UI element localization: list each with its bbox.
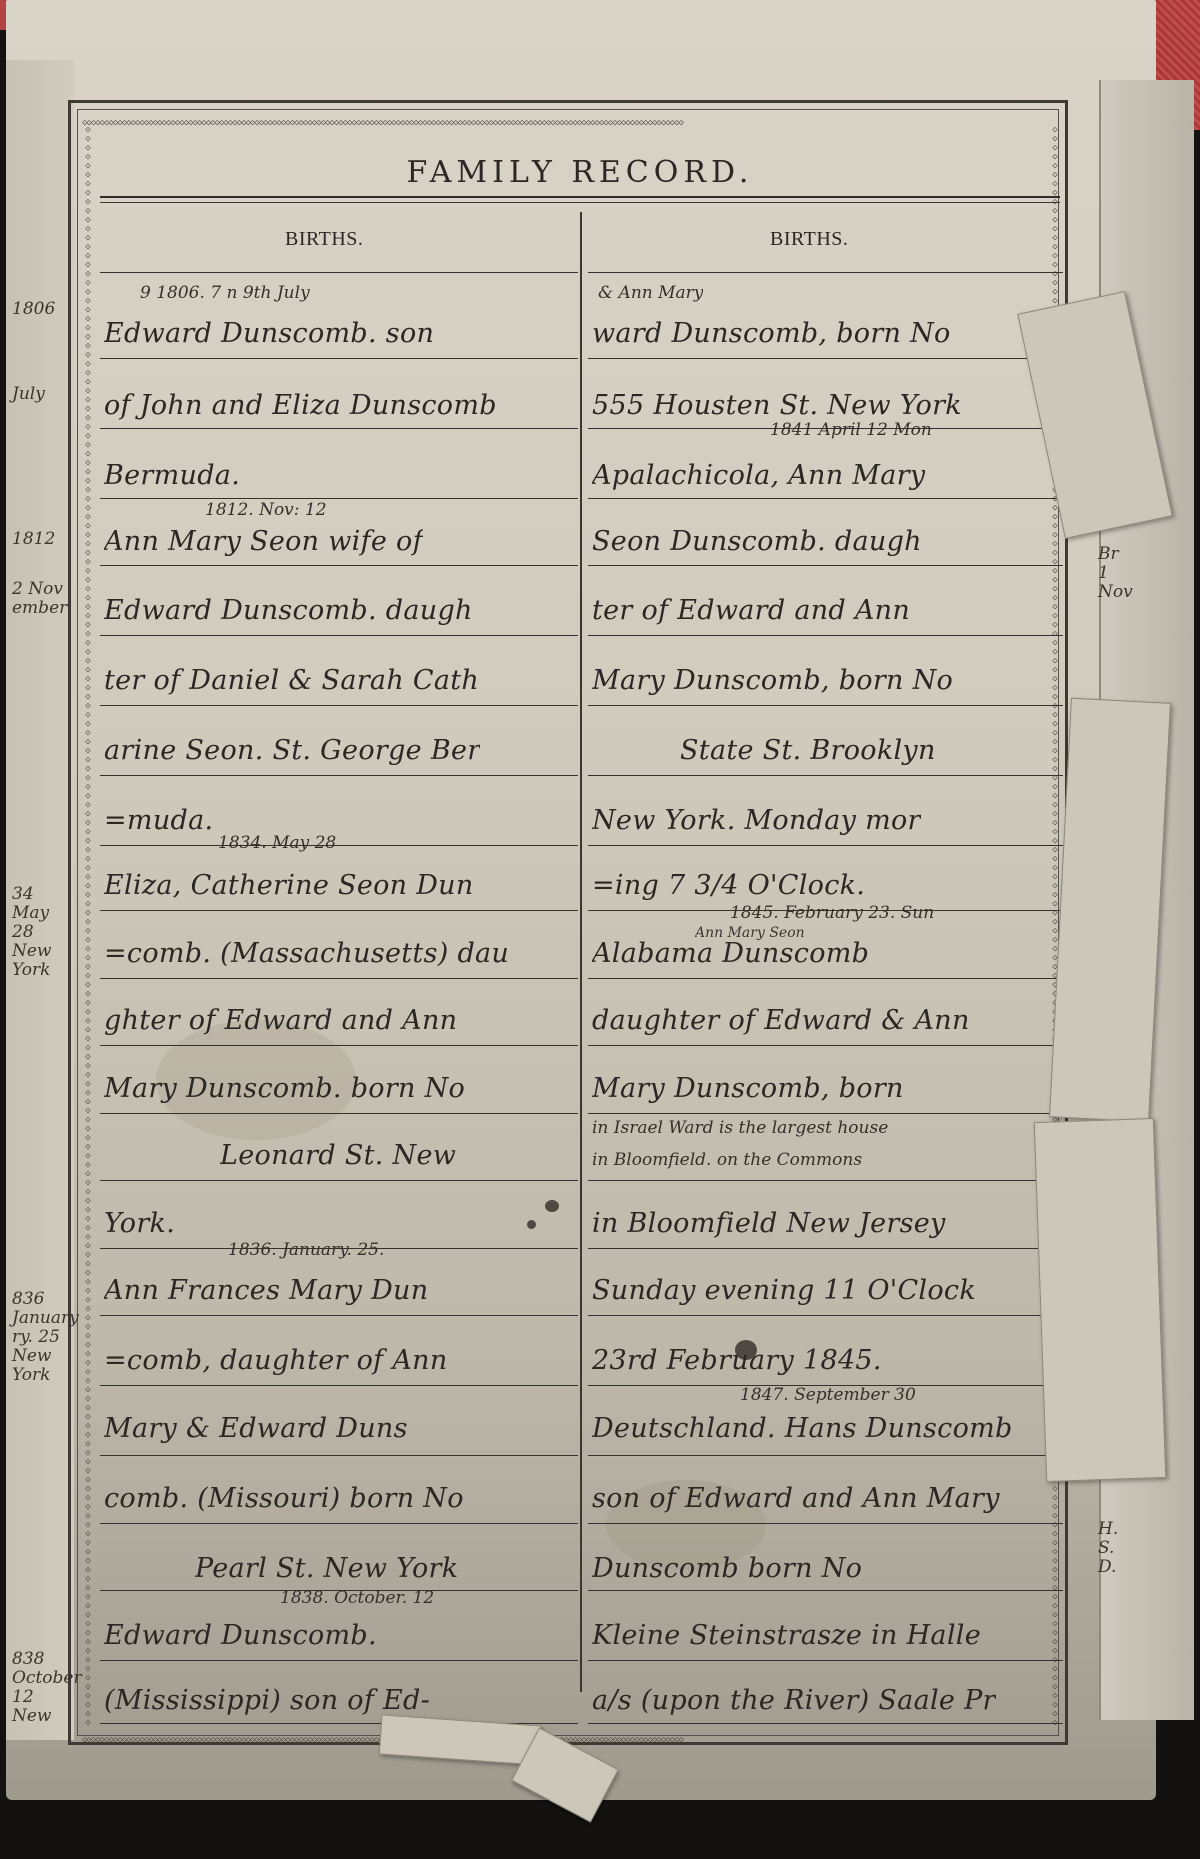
chain-border-left: ◇◇◇◇◇◇◇◇◇◇◇◇◇◇◇◇◇◇◇◇◇◇◇◇◇◇◇◇◇◇◇◇◇◇◇◇◇◇◇◇…	[83, 125, 93, 1725]
handwritten-entry-line: Mary Dunscomb, born No	[592, 665, 953, 696]
ruled-line	[588, 775, 1063, 776]
handwritten-date-note: 9 1806. 7 n 9th July	[140, 283, 310, 303]
ruled-line	[100, 1113, 578, 1114]
handwritten-entry-line: New York. Monday mor	[592, 805, 921, 836]
ruled-line	[588, 565, 1063, 566]
handwritten-entry-line: in Bloomfield New Jersey	[592, 1208, 946, 1239]
handwritten-entry-line: Alabama Dunscomb	[592, 938, 869, 969]
handwritten-entry-line: Bermuda.	[104, 460, 240, 491]
ink-blot	[527, 1220, 536, 1229]
handwritten-entry-line: 555 Housten St. New York	[592, 390, 962, 421]
ruled-line	[100, 498, 578, 499]
handwritten-entry-line: arine Seon. St. George Ber	[104, 735, 480, 766]
margin-annotation: 1812	[12, 530, 55, 549]
torn-page-fragment	[1034, 1118, 1166, 1482]
handwritten-entry-line: =muda.	[104, 805, 213, 836]
ink-blot	[735, 1340, 757, 1360]
ruled-line	[588, 705, 1063, 706]
ruled-line	[100, 1660, 578, 1661]
handwritten-date-note: 1838. October. 12	[280, 1588, 434, 1608]
page-title: FAMILY RECORD.	[100, 155, 1060, 190]
handwritten-entry-line: of John and Eliza Dunscomb	[104, 390, 497, 421]
handwritten-entry-line: =comb. (Massachusetts) dau	[104, 938, 509, 969]
margin-annotation: 836 January ry. 25 New York	[12, 1290, 79, 1385]
handwritten-entry-line: Mary Dunscomb. born No	[104, 1073, 465, 1104]
ruled-line	[588, 1455, 1063, 1456]
ruled-line	[588, 1045, 1063, 1046]
handwritten-entry-line: ter of Edward and Ann	[592, 595, 910, 626]
ruled-line	[588, 1660, 1063, 1661]
handwritten-entry-line: Edward Dunscomb. son	[104, 318, 434, 349]
handwritten-entry-line: Ann Frances Mary Dun	[104, 1275, 428, 1306]
ruled-line	[100, 978, 578, 979]
ruled-line	[588, 1590, 1063, 1591]
ruled-line	[100, 565, 578, 566]
handwritten-entry-line: Sunday evening 11 O'Clock	[592, 1275, 976, 1306]
ruled-line	[588, 272, 1063, 273]
title-rule	[100, 196, 1060, 198]
margin-annotation: 34 May 28 New York	[12, 885, 52, 980]
ruled-line	[588, 498, 1063, 499]
handwritten-date-note: & Ann Mary	[598, 283, 703, 303]
handwritten-entry-line: son of Edward and Ann Mary	[592, 1483, 1000, 1514]
ruled-line	[100, 1455, 578, 1456]
handwritten-entry-line: comb. (Missouri) born No	[104, 1483, 464, 1514]
handwritten-entry-line: Kleine Steinstrasze in Halle	[592, 1620, 981, 1651]
handwritten-entry-line: Eliza, Catherine Seon Dun	[104, 870, 474, 901]
handwritten-entry-line: Deutschland. Hans Dunscomb	[592, 1413, 1013, 1444]
handwritten-entry-line: a/s (upon the River) Saale Pr	[592, 1685, 996, 1716]
handwritten-entry-line: ward Dunscomb, born No	[592, 318, 951, 349]
handwritten-entry-line: Dunscomb born No	[592, 1553, 862, 1584]
ruled-line	[100, 358, 578, 359]
ruled-line	[100, 635, 578, 636]
handwritten-date-note: in Bloomfield. on the Commons	[592, 1150, 862, 1170]
births-header-right: BIRTHS.	[770, 228, 848, 251]
handwritten-date-note: in Israel Ward is the largest house	[592, 1118, 888, 1138]
handwritten-entry-line: Mary & Edward Duns	[104, 1413, 408, 1444]
ruled-line	[588, 635, 1063, 636]
ruled-line	[100, 1045, 578, 1046]
handwritten-entry-line: ter of Daniel & Sarah Cath	[104, 665, 479, 696]
ruled-line	[100, 910, 578, 911]
ruled-line	[100, 272, 578, 273]
handwritten-entry-line: York.	[104, 1208, 175, 1239]
ruled-line	[588, 1315, 1063, 1316]
handwritten-date-note: 1847. September 30	[740, 1385, 916, 1405]
handwritten-date-note: 1834. May 28	[218, 833, 336, 853]
handwritten-entry-line: daughter of Edward & Ann	[592, 1005, 970, 1036]
margin-annotation: Br 1 Nov	[1098, 545, 1133, 602]
ruled-line	[100, 1523, 578, 1524]
margin-annotation: July	[12, 385, 45, 404]
ruled-line	[100, 1385, 578, 1386]
ruled-line	[588, 978, 1063, 979]
handwritten-entry-line: =comb, daughter of Ann	[104, 1345, 448, 1376]
ruled-line	[100, 775, 578, 776]
handwritten-entry-line: Ann Mary Seon wife of	[104, 526, 423, 557]
title-rule-thin	[100, 202, 1060, 203]
handwritten-date-note: 1812. Nov: 12	[205, 500, 327, 520]
ruled-line	[588, 358, 1063, 359]
ruled-line	[588, 1248, 1063, 1249]
handwritten-date-note: 1841 April 12 Mon	[770, 420, 932, 440]
ruled-line	[100, 845, 578, 846]
handwritten-entry-line: Edward Dunscomb. daugh	[104, 595, 473, 626]
handwritten-entry-line: Pearl St. New York	[195, 1553, 458, 1584]
handwritten-entry-line: Leonard St. New	[220, 1140, 456, 1171]
column-divider	[580, 212, 582, 1692]
margin-annotation: H. S. D.	[1098, 1520, 1118, 1577]
handwritten-entry-line: =ing 7 3/4 O'Clock.	[592, 870, 865, 901]
ruled-line	[100, 1315, 578, 1316]
handwritten-entry-line: Apalachicola, Ann Mary	[592, 460, 925, 491]
births-header-left: BIRTHS.	[285, 228, 363, 251]
handwritten-entry-line: Edward Dunscomb.	[104, 1620, 377, 1651]
handwritten-entry-line: Seon Dunscomb. daugh	[592, 526, 922, 557]
handwritten-date-note: 1836. January. 25.	[228, 1240, 384, 1260]
ruled-line	[588, 1180, 1063, 1181]
ruled-line	[588, 1523, 1063, 1524]
margin-annotation: 2 Nov ember	[12, 580, 67, 618]
handwritten-entry-line: State St. Brooklyn	[680, 735, 936, 766]
ruled-line	[588, 1113, 1063, 1114]
ruled-line	[588, 1723, 1063, 1724]
handwritten-entry-line: ghter of Edward and Ann	[104, 1005, 457, 1036]
ruled-line	[100, 705, 578, 706]
handwritten-date-note: 1845. February 23. Sun	[730, 903, 934, 923]
ink-blot	[545, 1200, 559, 1212]
handwritten-entry-line: Mary Dunscomb, born	[592, 1073, 904, 1104]
ruled-line	[100, 1180, 578, 1181]
ruled-line	[588, 845, 1063, 846]
ruled-line	[100, 428, 578, 429]
handwritten-entry-line: (Mississippi) son of Ed-	[104, 1685, 430, 1716]
margin-annotation: 1806	[12, 300, 55, 319]
chain-border-top: ◇◇◇◇◇◇◇◇◇◇◇◇◇◇◇◇◇◇◇◇◇◇◇◇◇◇◇◇◇◇◇◇◇◇◇◇◇◇◇◇…	[82, 118, 1057, 128]
margin-annotation: 838 October 12 New	[12, 1650, 82, 1726]
